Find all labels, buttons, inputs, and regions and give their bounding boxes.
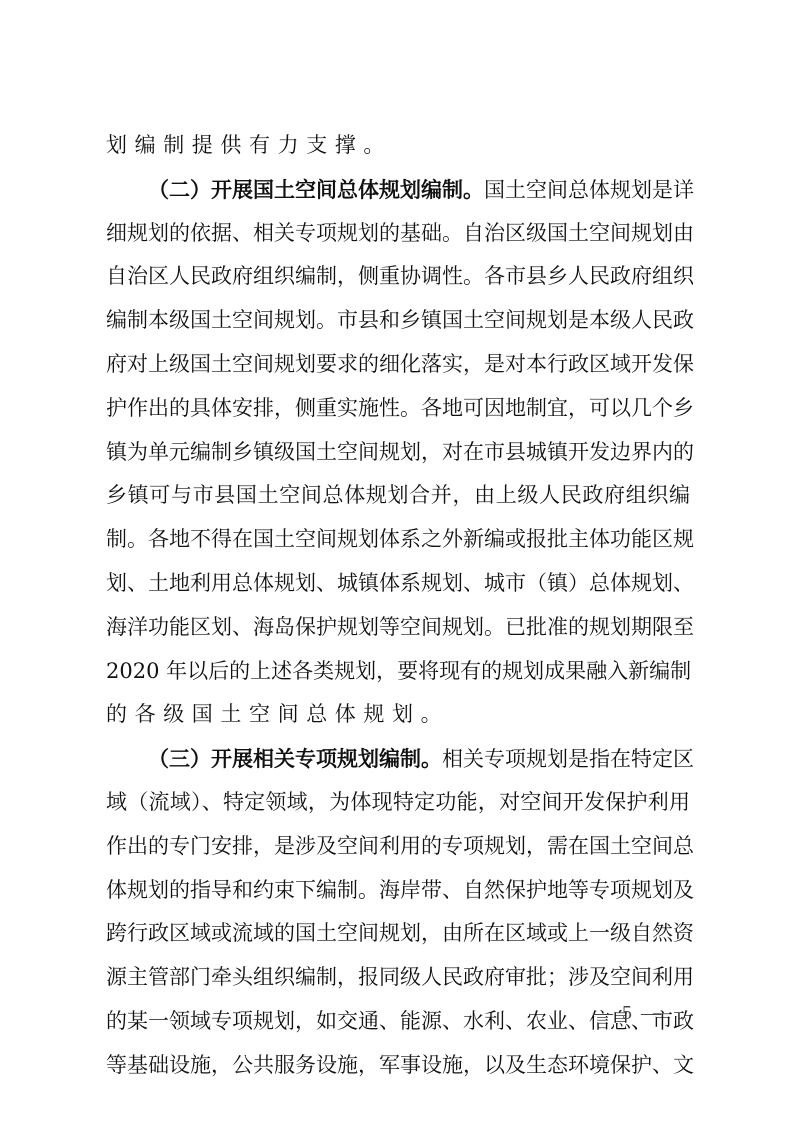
text-line: 体规划的指导和约束下编制。海岸带、自然保护地等专项规划及 <box>106 869 690 913</box>
section-heading-line: （二）开展国土空间总体规划编制。国土空间总体规划是详 <box>106 168 690 212</box>
text-line: 制。各地不得在国土空间规划体系之外新编或报批主体功能区规 <box>106 518 690 562</box>
text-line: 跨行政区域或流域的国土空间规划，由所在区域或上一级自然资 <box>106 912 690 956</box>
line-text: 等基础设施，公共服务设施，军事设施，以及生态环境保护、文 <box>106 1053 694 1077</box>
line-text: 2020 年以后的上述各类规划，要将现有的规划成果融入新编制 <box>106 659 691 683</box>
text-line: 海洋功能区划、海岛保护规划等空间规划。已批准的规划期限至 <box>106 606 690 650</box>
text-line: 源主管部门牵头组织编制，报同级人民政府审批；涉及空间利用 <box>106 956 690 1000</box>
text-line: 划、土地利用总体规划、城镇体系规划、城市（镇）总体规划、 <box>106 562 690 606</box>
text-line: 护作出的具体安排，侧重实施性。各地可因地制宜，可以几个乡 <box>106 387 690 431</box>
line-text: 细规划的依据、相关专项规划的基础。自治区级国土空间规划由 <box>106 221 694 245</box>
line-text: 作出的专门安排，是涉及空间利用的专项规划，需在国土空间总 <box>106 834 694 858</box>
text-line: 编制本级国土空间规划。市县和乡镇国土空间规划是本级人民政 <box>106 299 690 343</box>
page-number: — 5 — <box>588 1002 668 1025</box>
line-text: 国土空间总体规划是详 <box>484 178 694 202</box>
line-text: 护作出的具体安排，侧重实施性。各地可因地制宜，可以几个乡 <box>106 396 694 420</box>
text-line: 2020 年以后的上述各类规划，要将现有的规划成果融入新编制 <box>106 650 690 694</box>
section-heading-3: （三）开展相关专项规划编制。 <box>148 746 442 771</box>
text-line: 的各级国土空间总体规划。 <box>106 693 690 737</box>
text-line: 等基础设施，公共服务设施，军事设施，以及生态环境保护、文 <box>106 1044 690 1088</box>
line-text: 编制本级国土空间规划。市县和乡镇国土空间规划是本级人民政 <box>106 308 694 332</box>
line-text: 跨行政区域或流域的国土空间规划，由所在区域或上一级自然资 <box>106 921 694 945</box>
text-line: 自治区人民政府组织编制，侧重协调性。各市县乡人民政府组织 <box>106 255 690 299</box>
line-text: 海洋功能区划、海岛保护规划等空间规划。已批准的规划期限至 <box>106 615 694 639</box>
line-text: 源主管部门牵头组织编制，报同级人民政府审批；涉及空间利用 <box>106 965 694 989</box>
text-line: 镇为单元编制乡镇级国土空间规划，对在市县城镇开发边界内的 <box>106 431 690 475</box>
line-text: 制。各地不得在国土空间规划体系之外新编或报批主体功能区规 <box>106 527 694 551</box>
line-text: 乡镇可与市县国土空间总体规划合并，由上级人民政府组织编 <box>106 483 690 507</box>
text-line: 域（流域）、特定领域，为体现特定功能，对空间开发保护利用 <box>106 781 690 825</box>
document-page: 划编制提供有力支撑。 （二）开展国土空间总体规划编制。国土空间总体规划是详 细规… <box>0 0 793 1122</box>
line-text: 镇为单元编制乡镇级国土空间规划，对在市县城镇开发边界内的 <box>106 440 694 464</box>
text-line: 府对上级国土空间规划要求的细化落实，是对本行政区域开发保 <box>106 343 690 387</box>
line-text: 域（流域）、特定领域，为体现特定功能，对空间开发保护利用 <box>106 790 690 814</box>
section-heading-line: （三）开展相关专项规划编制。相关专项规划是指在特定区 <box>106 737 690 781</box>
text-line: 划编制提供有力支撑。 <box>106 124 690 168</box>
line-text: 划编制提供有力支撑。 <box>106 133 392 157</box>
line-text: 自治区人民政府组织编制，侧重协调性。各市县乡人民政府组织 <box>106 264 694 288</box>
line-text: 府对上级国土空间规划要求的细化落实，是对本行政区域开发保 <box>106 352 694 376</box>
line-text: 的各级国土空间总体规划。 <box>106 702 449 726</box>
section-heading-2: （二）开展国土空间总体规划编制。 <box>148 177 484 202</box>
body-text: 划编制提供有力支撑。 （二）开展国土空间总体规划编制。国土空间总体规划是详 细规… <box>106 124 690 1088</box>
line-text: 划、土地利用总体规划、城镇体系规划、城市（镇）总体规划、 <box>106 571 694 595</box>
line-text: 体规划的指导和约束下编制。海岸带、自然保护地等专项规划及 <box>106 878 694 902</box>
text-line: 细规划的依据、相关专项规划的基础。自治区级国土空间规划由 <box>106 212 690 256</box>
line-text: 相关专项规划是指在特定区 <box>442 747 694 771</box>
text-line: 作出的专门安排，是涉及空间利用的专项规划，需在国土空间总 <box>106 825 690 869</box>
text-line: 乡镇可与市县国土空间总体规划合并，由上级人民政府组织编 <box>106 474 690 518</box>
